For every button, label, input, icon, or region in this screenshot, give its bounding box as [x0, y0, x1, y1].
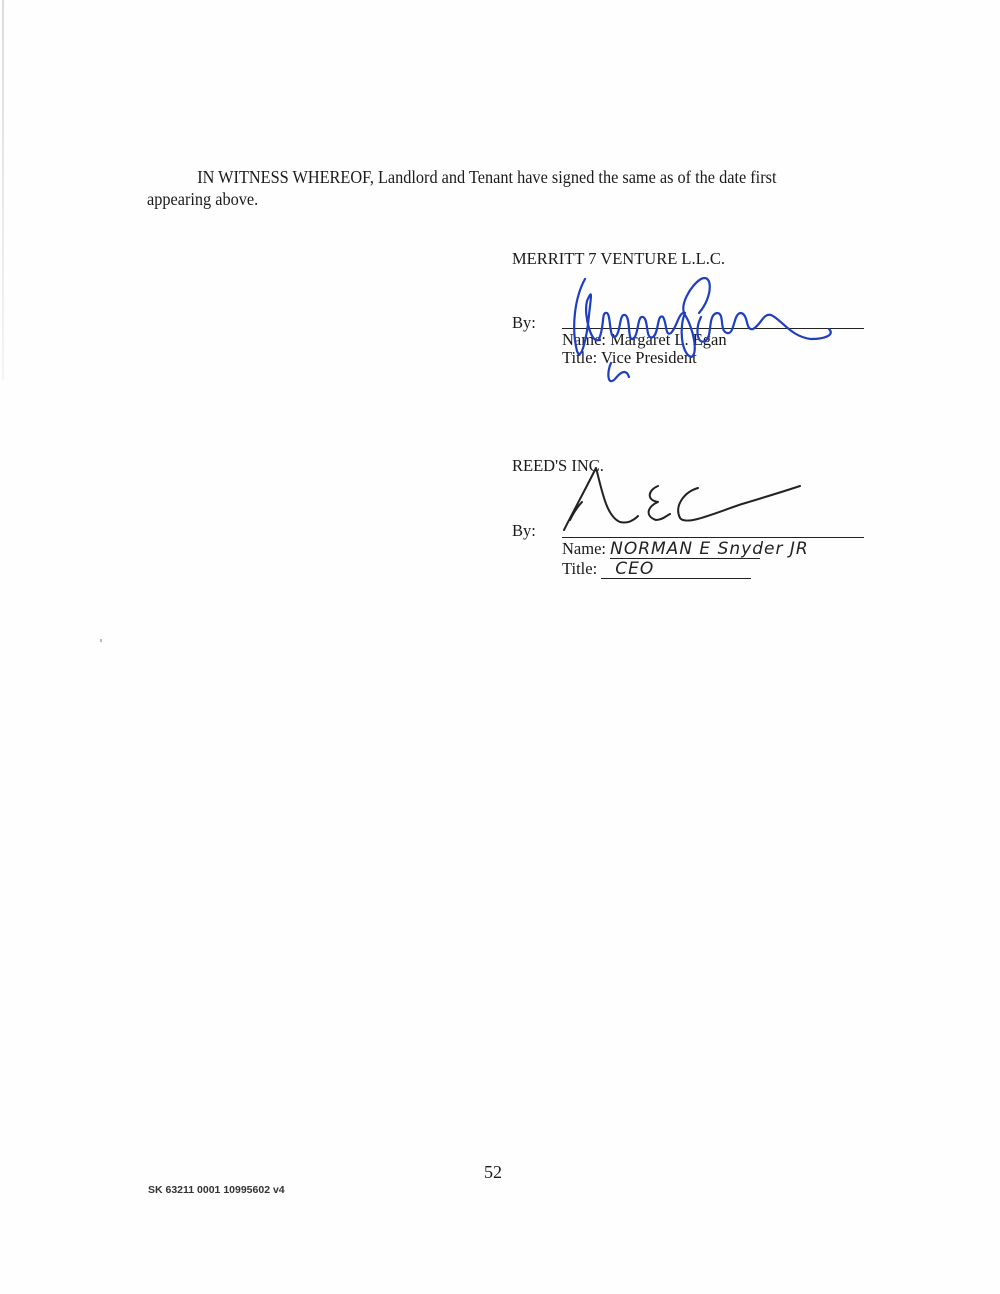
- title-value-handwritten: CEO: [601, 560, 751, 579]
- witness-line-2: appearing above.: [147, 188, 807, 210]
- by-label: By:: [512, 313, 536, 333]
- title-label: Title:: [562, 559, 597, 578]
- signature-block-tenant: REED'S INC. By: Name: NORMAN E Snyder JR…: [512, 456, 892, 596]
- document-id: SK 63211 0001 10995602 v4: [148, 1184, 285, 1196]
- signature-margaret-egan: [567, 267, 837, 387]
- witness-line-1: IN WITNESS WHEREOF, Landlord and Tenant …: [147, 166, 807, 188]
- by-label: By:: [512, 521, 536, 541]
- entity-name: MERRITT 7 VENTURE L.L.C.: [512, 249, 725, 269]
- signature-block-landlord: MERRITT 7 VENTURE L.L.C. By: Name: Marga…: [512, 249, 892, 389]
- scan-speck: [100, 639, 102, 642]
- title-field: Title: CEO: [562, 560, 751, 579]
- scan-edge-shadow: [2, 0, 4, 380]
- page-number: 52: [484, 1162, 502, 1183]
- signature-norman-snyder: [562, 466, 812, 546]
- witness-paragraph: IN WITNESS WHEREOF, Landlord and Tenant …: [147, 166, 807, 210]
